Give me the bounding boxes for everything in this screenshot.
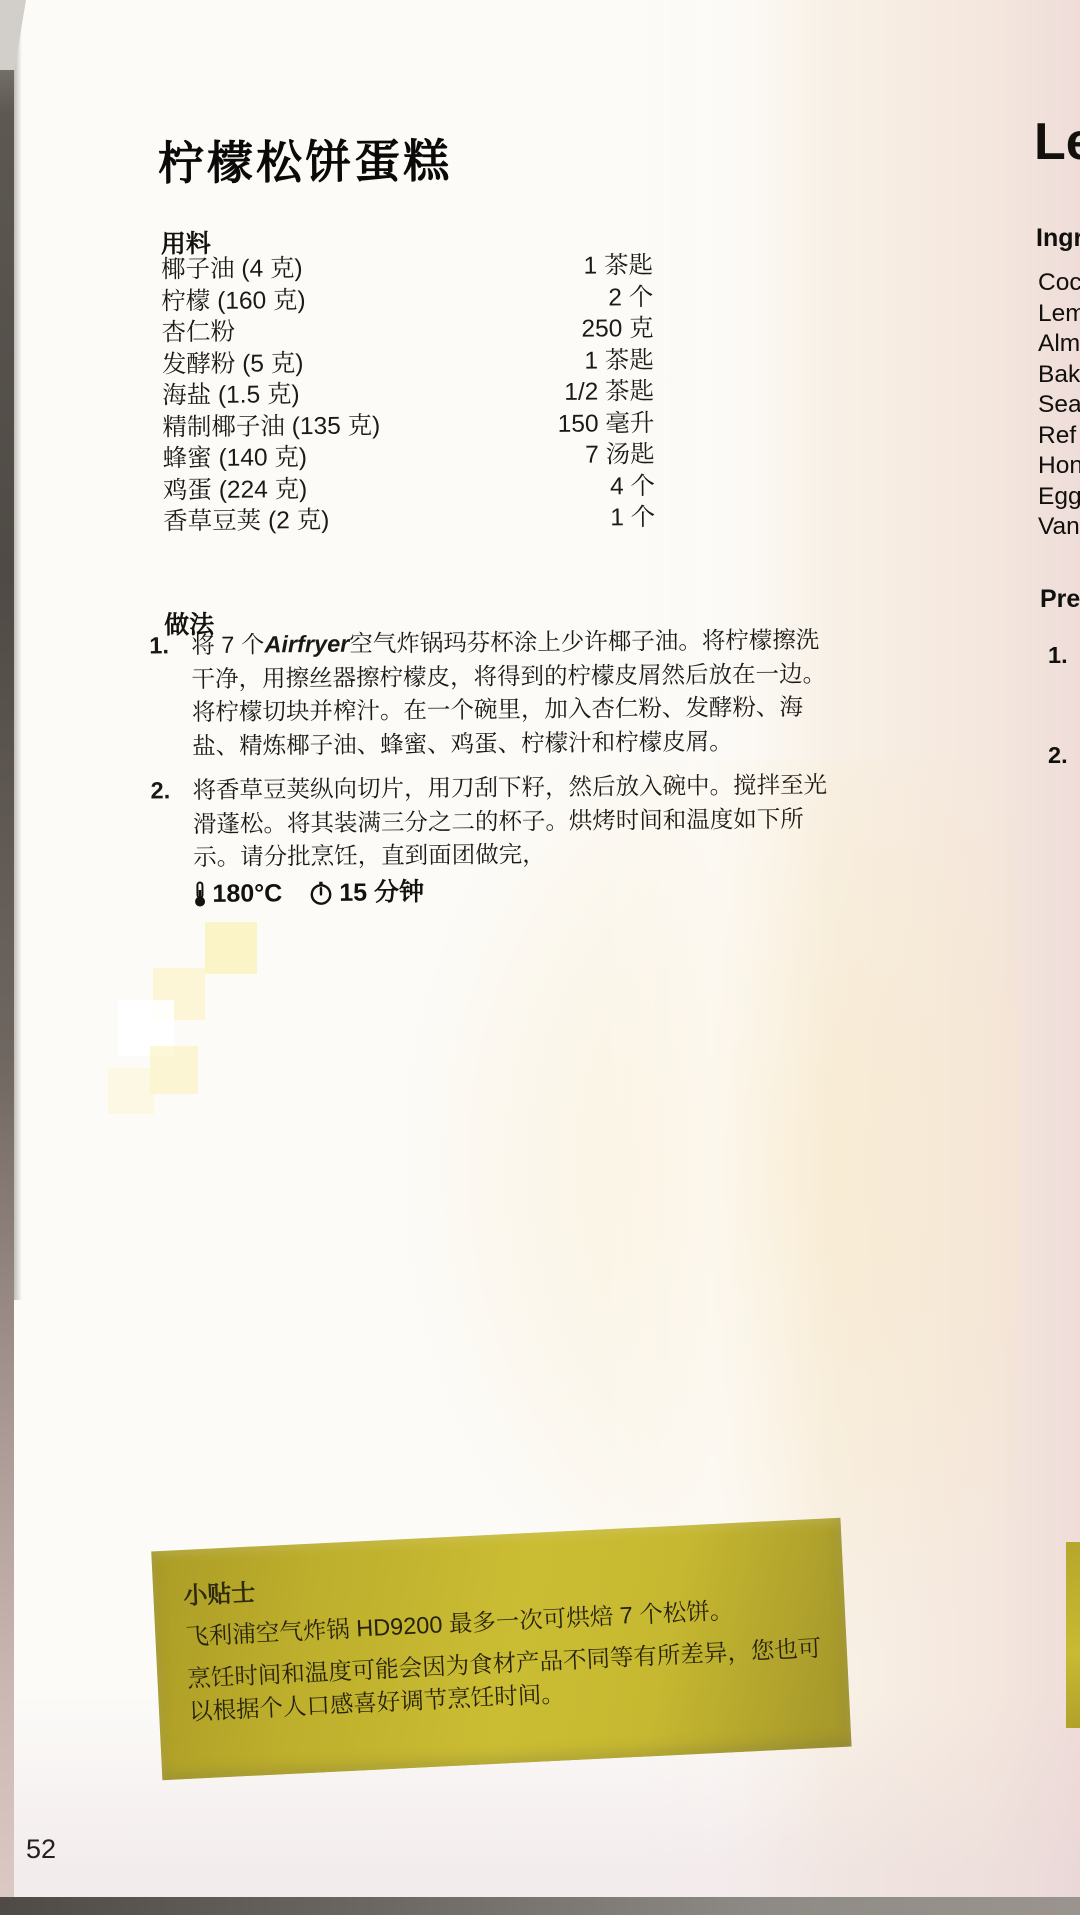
ingredient-amount: 150 毫升	[558, 408, 655, 440]
ingredients-list: 椰子油 (4 克) 1 茶匙 柠檬 (160 克) 2 个 杏仁粉 250 克 …	[161, 250, 655, 538]
ingredient-amount: 1 个	[610, 502, 655, 534]
ingredient-name: 香草豆荚 (2 克)	[163, 505, 329, 538]
facing-ingredients-heading-fragment: Ingr	[1036, 224, 1080, 253]
ingredient-name: 发酵粉 (5 克)	[162, 348, 304, 381]
facing-step1-number: 1.	[1048, 642, 1068, 669]
ingredient-row: 鸡蛋 (224 克) 4 个	[163, 471, 655, 507]
ingredient-name: 柠檬 (160 克)	[161, 285, 306, 318]
method-step-1: 1. 将 7 个Airfryer空气炸锅玛芬杯涂上少许椰子油。将柠檬擦洗干净，用…	[149, 623, 838, 763]
facing-step2-number: 2.	[1048, 742, 1068, 769]
method-steps: 1. 将 7 个Airfryer空气炸锅玛芬杯涂上少许椰子油。将柠檬擦洗干净，用…	[149, 623, 840, 922]
facing-ingredient-fragment: Lem	[1038, 299, 1080, 330]
method-step-2: 2. 将香草豆荚纵向切片，用刀刮下籽，然后放入碗中。搅拌至光滑蓬松。将其装满三分…	[150, 768, 839, 911]
ingredient-name: 海盐 (1.5 克)	[162, 379, 300, 412]
ingredient-row: 杏仁粉 250 克	[161, 313, 653, 349]
facing-ingredient-fragment: Egg	[1038, 482, 1080, 513]
ingredient-name: 杏仁粉	[161, 317, 235, 349]
timer-icon	[308, 881, 333, 906]
facing-ingredients-fragments: Coc Lem Alm Bak Sea Ref Hon Egg Van	[1038, 268, 1080, 543]
ingredient-row: 发酵粉 (5 克) 1 茶匙	[162, 345, 654, 381]
ingredient-name: 蜂蜜 (140 克)	[163, 442, 308, 475]
recipe-content: 柠檬松饼蛋糕 用料 椰子油 (4 克) 1 茶匙 柠檬 (160 克) 2 个 …	[0, 0, 1080, 1915]
ingredient-row: 椰子油 (4 克) 1 茶匙	[161, 250, 653, 286]
facing-ingredient-fragment: Bak	[1038, 360, 1080, 391]
facing-ingredient-fragment: Van	[1038, 512, 1080, 543]
facing-recipe-title-fragment: Le	[1034, 112, 1080, 172]
ingredient-amount: 250 克	[581, 313, 653, 345]
facing-method-heading-fragment: Pre	[1040, 585, 1080, 614]
tip-box: 小贴士 飞利浦空气炸锅 HD9200 最多一次可烘焙 7 个松饼。 烹饪时间和温…	[151, 1518, 851, 1780]
cook-settings-line: 180°C 15 分钟	[193, 872, 839, 911]
ingredient-row: 海盐 (1.5 克) 1/2 茶匙	[162, 376, 654, 412]
ingredient-row: 香草豆荚 (2 克) 1 个	[163, 502, 655, 538]
step-number: 2.	[150, 774, 170, 808]
page-number: 52	[26, 1834, 56, 1865]
ingredient-name: 椰子油 (4 克)	[161, 253, 303, 286]
facing-ingredient-fragment: Alm	[1038, 329, 1080, 360]
ingredient-row: 蜂蜜 (140 克) 7 汤匙	[163, 439, 655, 475]
scanned-cookbook-page: 柠檬松饼蛋糕 用料 椰子油 (4 克) 1 茶匙 柠檬 (160 克) 2 个 …	[0, 0, 1080, 1915]
facing-ingredient-fragment: Hon	[1038, 451, 1080, 482]
ingredient-row: 柠檬 (160 克) 2 个	[161, 282, 653, 318]
ingredient-name: 精制椰子油 (135 克)	[162, 410, 380, 443]
step-text-pre: 将 7 个	[191, 631, 264, 658]
facing-ingredient-fragment: Ref	[1038, 421, 1080, 452]
ingredient-name: 鸡蛋 (224 克)	[163, 474, 308, 507]
cook-temperature: 180°C	[212, 877, 282, 911]
ingredient-amount: 1 茶匙	[583, 250, 653, 282]
ingredient-amount: 4 个	[610, 471, 655, 503]
ingredient-amount: 7 汤匙	[585, 439, 655, 471]
ingredient-amount: 1/2 茶匙	[564, 376, 654, 408]
facing-ingredient-fragment: Sea	[1038, 390, 1080, 421]
step-text: 将香草豆荚纵向切片，用刀刮下籽，然后放入碗中。搅拌至光滑蓬松。将其装满三分之二的…	[192, 772, 827, 871]
thermometer-icon	[193, 881, 206, 908]
cook-time: 15 分钟	[339, 876, 424, 910]
ingredient-row: 精制椰子油 (135 克) 150 毫升	[162, 408, 654, 444]
facing-ingredient-fragment: Coc	[1038, 268, 1080, 299]
recipe-title: 柠檬松饼蛋糕	[158, 125, 453, 194]
step-number: 1.	[149, 629, 169, 663]
ingredient-amount: 2 个	[608, 282, 653, 314]
airfryer-brand-text: Airfryer	[264, 631, 349, 658]
ingredient-amount: 1 茶匙	[584, 345, 654, 377]
